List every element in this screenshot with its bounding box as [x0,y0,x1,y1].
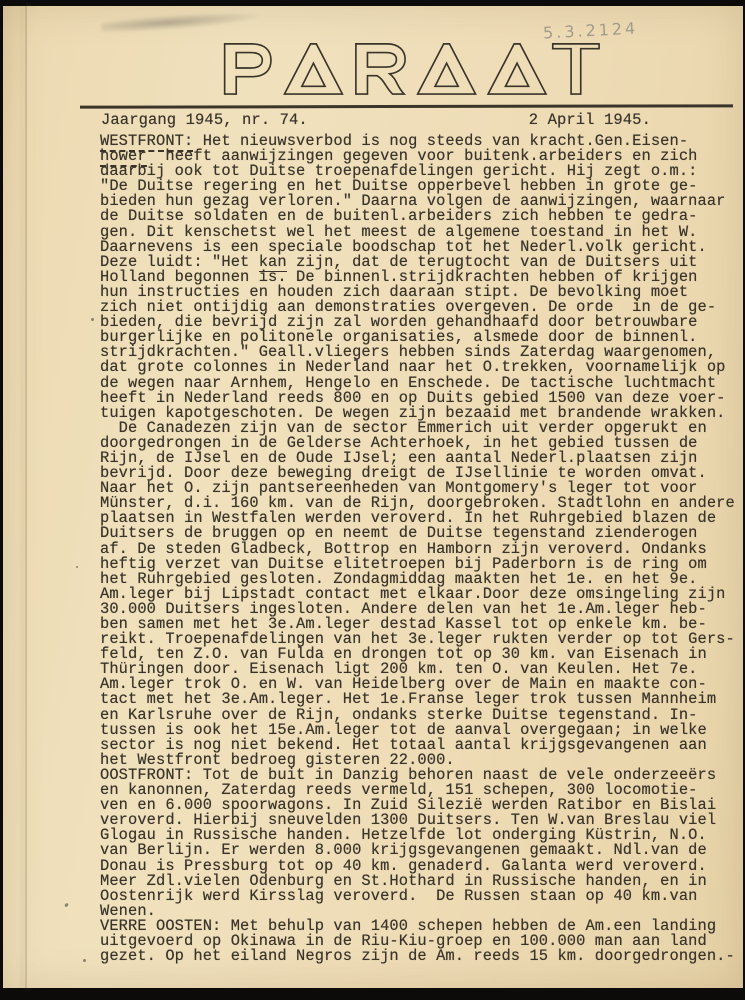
paper-speck [91,318,94,321]
text-line: Oostenrijk werd Kirsslag veroverd. De Ru… [100,889,745,904]
paper-smudge [101,8,267,34]
paper-speck [64,903,69,908]
issue-line: Jaargang 1945, nr. 74. 2 April 1945. [101,111,651,129]
text-line: gezet. Op het eiland Negros zijn de Am. … [100,949,745,964]
issue-date: 2 April 1945. [529,111,651,129]
paper-speck [83,959,86,962]
newspaper-page: 5.3.2124 PARAAT Jaargang 1945, nr. 74. 2… [3,6,743,988]
paper-fold-line [25,6,27,988]
masthead-divider-rule [80,104,733,108]
paper-speck [76,566,78,568]
article-body: WESTFRONT: Het nieuwsverbod is nog steed… [100,134,745,964]
masthead-letters [225,44,599,94]
masthead-logo: PARAAT [215,36,601,100]
scanned-document: { "masthead": { "title": "PARAAT" }, "is… [0,0,745,1000]
issue-volume: Jaargang 1945, nr. 74. [101,111,308,129]
